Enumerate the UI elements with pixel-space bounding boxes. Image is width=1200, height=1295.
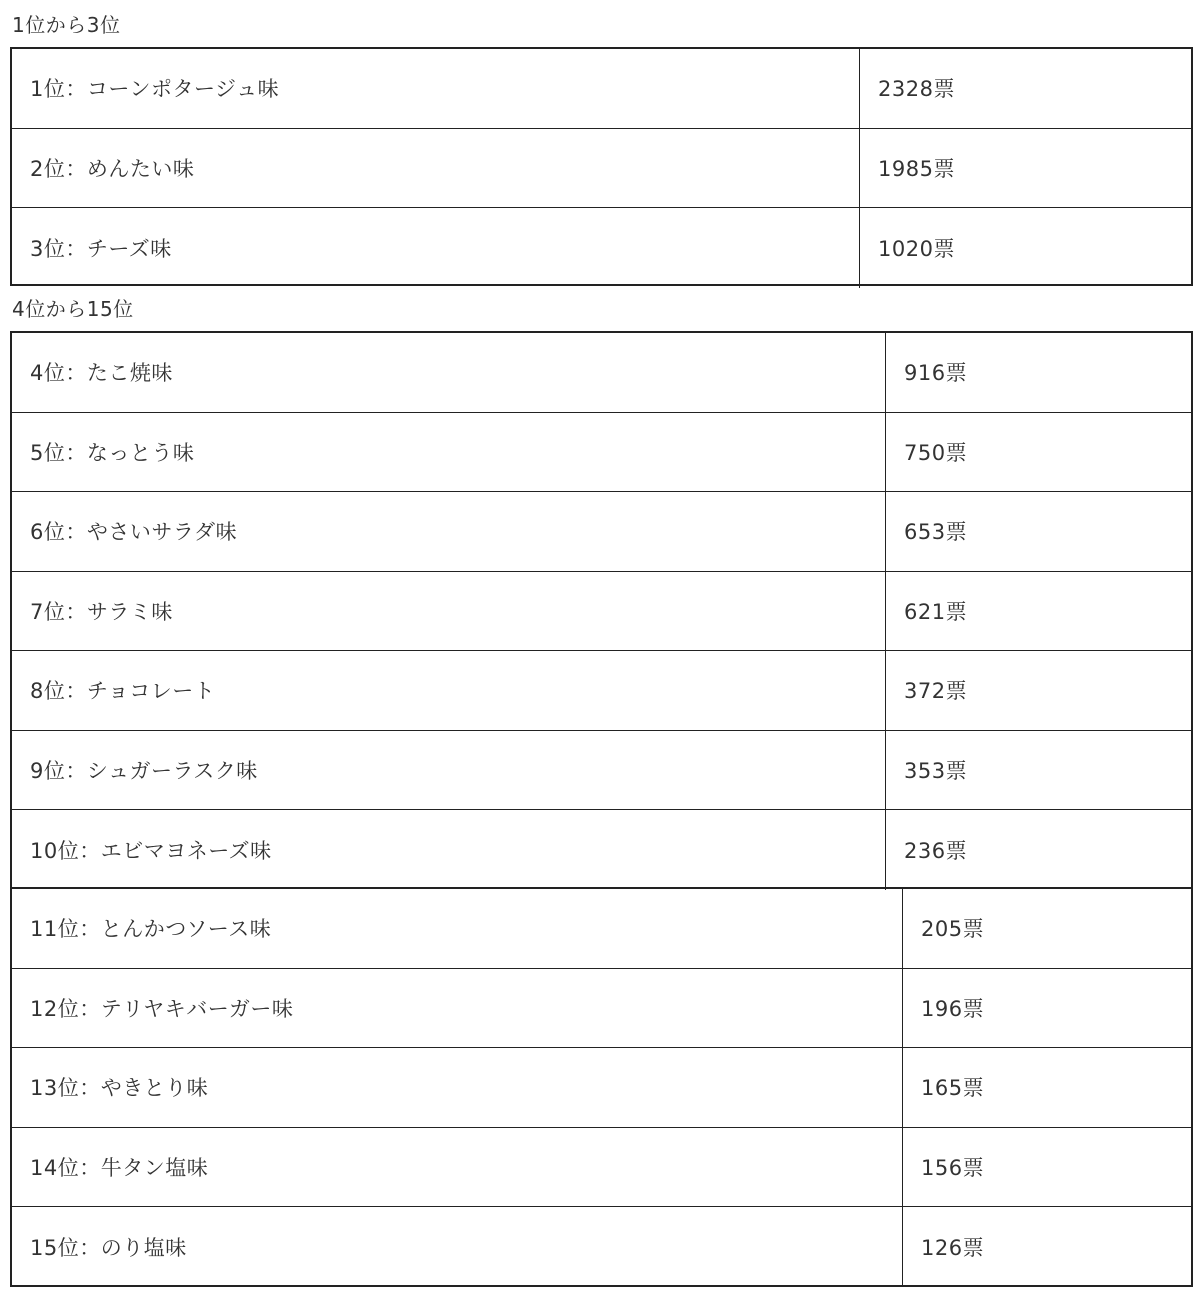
rank-label: 6位：やさいサラダ味 — [12, 492, 886, 571]
rank-label: 10位：エビマヨネーズ味 — [12, 810, 886, 890]
vote-count: 2328票 — [860, 49, 1191, 128]
vote-count: 621票 — [886, 572, 1191, 651]
vote-count: 126票 — [903, 1207, 1191, 1287]
table-row: 1位：コーンポタージュ味 2328票 — [12, 49, 1191, 129]
vote-count: 156票 — [903, 1128, 1191, 1207]
section-caption-4to15: 4位から15位 — [12, 297, 134, 321]
rank-label: 14位：牛タン塩味 — [12, 1128, 903, 1207]
table-row: 15位：のり塩味 126票 — [12, 1207, 1191, 1287]
vote-count: 353票 — [886, 731, 1191, 810]
table-row: 11位：とんかつソース味 205票 — [12, 889, 1191, 969]
rank-label: 4位：たこ焼味 — [12, 333, 886, 412]
vote-count: 372票 — [886, 651, 1191, 730]
table-row: 6位：やさいサラダ味 653票 — [12, 492, 1191, 572]
ranking-table-4to10: 4位：たこ焼味 916票 5位：なっとう味 750票 6位：やさいサラダ味 65… — [10, 331, 1193, 889]
table-row: 13位：やきとり味 165票 — [12, 1048, 1191, 1128]
rank-label: 3位：チーズ味 — [12, 208, 860, 288]
table-row: 9位：シュガーラスク味 353票 — [12, 731, 1191, 811]
rank-label: 2位：めんたい味 — [12, 129, 860, 208]
table-row: 14位：牛タン塩味 156票 — [12, 1128, 1191, 1208]
vote-count: 750票 — [886, 413, 1191, 492]
vote-count: 165票 — [903, 1048, 1191, 1127]
vote-count: 236票 — [886, 810, 1191, 890]
rank-label: 8位：チョコレート — [12, 651, 886, 730]
vote-count: 916票 — [886, 333, 1191, 412]
rank-label: 9位：シュガーラスク味 — [12, 731, 886, 810]
rank-label: 5位：なっとう味 — [12, 413, 886, 492]
table-row: 5位：なっとう味 750票 — [12, 413, 1191, 493]
section-caption-top3: 1位から3位 — [12, 13, 120, 37]
vote-count: 1020票 — [860, 208, 1191, 288]
rank-label: 15位：のり塩味 — [12, 1207, 903, 1287]
table-row: 10位：エビマヨネーズ味 236票 — [12, 810, 1191, 890]
table-row: 12位：テリヤキバーガー味 196票 — [12, 969, 1191, 1049]
rank-label: 7位：サラミ味 — [12, 572, 886, 651]
table-row: 4位：たこ焼味 916票 — [12, 333, 1191, 413]
table-row: 3位：チーズ味 1020票 — [12, 208, 1191, 288]
table-row: 7位：サラミ味 621票 — [12, 572, 1191, 652]
ranking-table-11to15: 11位：とんかつソース味 205票 12位：テリヤキバーガー味 196票 13位… — [10, 887, 1193, 1287]
rank-label: 13位：やきとり味 — [12, 1048, 903, 1127]
vote-count: 196票 — [903, 969, 1191, 1048]
rank-label: 1位：コーンポタージュ味 — [12, 49, 860, 128]
rank-label: 12位：テリヤキバーガー味 — [12, 969, 903, 1048]
table-row: 8位：チョコレート 372票 — [12, 651, 1191, 731]
rank-label: 11位：とんかつソース味 — [12, 889, 903, 968]
table-row: 2位：めんたい味 1985票 — [12, 129, 1191, 209]
ranking-table-top3: 1位：コーンポタージュ味 2328票 2位：めんたい味 1985票 3位：チーズ… — [10, 47, 1193, 286]
vote-count: 1985票 — [860, 129, 1191, 208]
vote-count: 205票 — [903, 889, 1191, 968]
vote-count: 653票 — [886, 492, 1191, 571]
